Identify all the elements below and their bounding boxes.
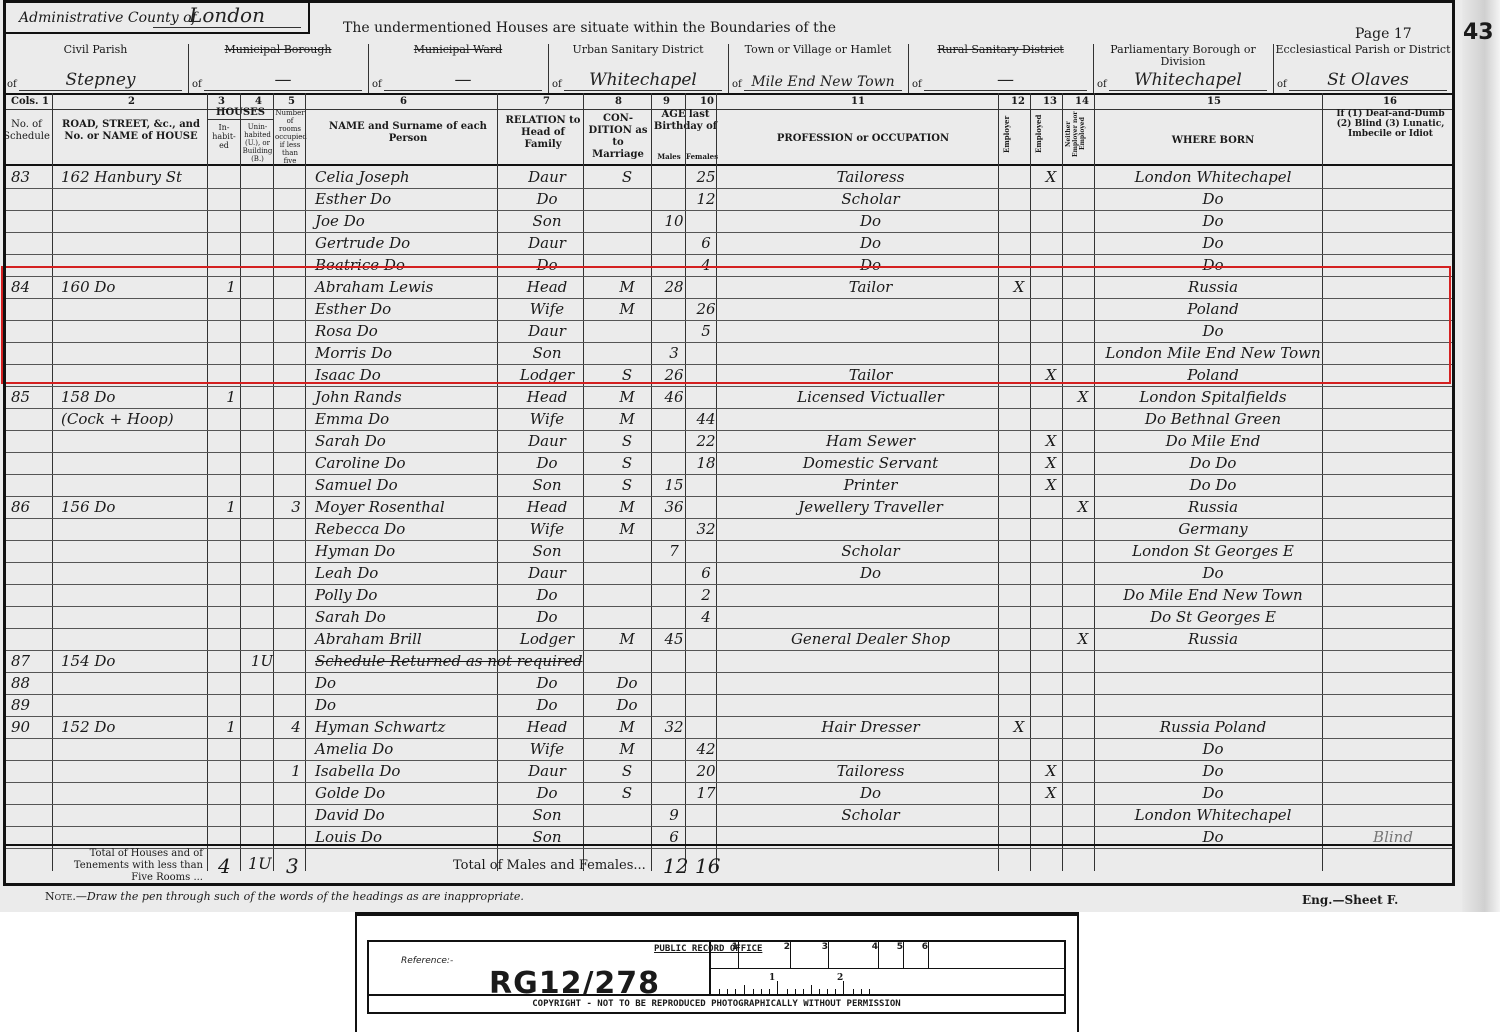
- cell-name: Sarah Do: [315, 432, 500, 450]
- table-row: 87154 Do1USchedule Returned as not requi…: [3, 650, 1455, 673]
- cm-mark: 1: [711, 942, 739, 968]
- intro-text: The undermentioned Houses are situate wi…: [343, 20, 836, 36]
- table-row: Joe DoSon10DoDo: [3, 210, 1455, 233]
- cell-rel: Do: [508, 586, 586, 604]
- cell-f: 44: [693, 410, 719, 428]
- cell-name: Golde Do: [315, 784, 500, 802]
- cell-born: Do Bethnal Green: [1103, 410, 1323, 428]
- area-label: Rural Sanitary District: [908, 44, 1093, 56]
- cell-f: 22: [693, 432, 719, 450]
- cell-m: 45: [660, 630, 688, 648]
- admin-county-box: Administrative County of London: [3, 0, 310, 34]
- cell-cond: M: [601, 740, 653, 758]
- cell-nei: X: [1072, 388, 1094, 406]
- header-condition: CON-DITION as to Marriage: [588, 113, 648, 161]
- total-females: 16: [695, 854, 720, 878]
- table-row: 90152 Do14Hyman SchwartzHeadM32Hair Dres…: [3, 716, 1455, 739]
- col-num: Cols. 1: [11, 96, 49, 107]
- cell-rel: Wife: [508, 740, 586, 758]
- cell-born: Russia Poland: [1103, 718, 1323, 736]
- cm-mark: 3: [790, 942, 829, 968]
- cell-rel: Lodger: [508, 630, 586, 648]
- cell-rel: Head: [508, 718, 586, 736]
- cell-inh: 1: [221, 388, 241, 406]
- cell-name: Rebecca Do: [315, 520, 500, 538]
- table-row: Esther DoDo12ScholarDo: [3, 188, 1455, 211]
- header-relation: RELATION to Head of Family: [503, 115, 583, 151]
- cell-f: 17: [693, 784, 719, 802]
- area-value: Whitechapel: [1109, 70, 1267, 91]
- cell-born: Do: [1103, 190, 1323, 208]
- cell-addr: 152 Do: [61, 718, 211, 736]
- page-edge: [1462, 0, 1500, 912]
- cell-born: Do Mile End New Town: [1103, 586, 1323, 604]
- cell-inh: 1: [221, 718, 241, 736]
- cell-empd: X: [1040, 476, 1062, 494]
- of-prefix: of: [1097, 79, 1107, 90]
- cm-mark: 2: [738, 942, 791, 968]
- col-num: 15: [1207, 96, 1221, 107]
- totals-houses-label: Total of Houses and of Tenements with le…: [63, 848, 203, 884]
- table-row: Sarah DoDo4Do St Georges E: [3, 606, 1455, 629]
- table-row: Polly DoDo2Do Mile End New Town: [3, 584, 1455, 607]
- cell-name: Schedule Returned as not required: [315, 652, 500, 670]
- cell-rel: Do: [508, 784, 586, 802]
- cell-born: Do: [1103, 212, 1323, 230]
- col-num: 2: [128, 96, 135, 107]
- cell-cond: S: [601, 762, 653, 780]
- header-occupation: PROFESSION or OCCUPATION: [723, 133, 1003, 145]
- cell-name: Sarah Do: [315, 608, 500, 626]
- cell-empd: X: [1040, 432, 1062, 450]
- table-row: Caroline DoDoS18Domestic ServantXDo Do: [3, 452, 1455, 475]
- table-row: 89DoDoDo: [3, 694, 1455, 717]
- cell-cond: M: [601, 630, 653, 648]
- cell-born: Russia: [1103, 498, 1323, 516]
- header-uninhabited: Unin-habited (U.), or Building (B.): [241, 123, 274, 163]
- copyright-notice: COPYRIGHT - NOT TO BE REPRODUCED PHOTOGR…: [369, 994, 1064, 1012]
- header-infirmity: If (1) Deaf-and-Dumb (2) Blind (3) Lunat…: [1328, 109, 1453, 139]
- cell-addr: (Cock + Hoop): [61, 410, 211, 428]
- total-rooms: 3: [286, 854, 299, 878]
- cell-m: 10: [660, 212, 688, 230]
- header-females: Females: [686, 151, 718, 163]
- area-value: Stepney: [19, 70, 182, 91]
- of-prefix: of: [1277, 79, 1287, 90]
- cell-occ: Ham Sewer: [743, 432, 998, 450]
- cell-rel: Son: [508, 212, 586, 230]
- cell-name: John Rands: [315, 388, 500, 406]
- header-inhabited: In-habit-ed: [208, 123, 240, 150]
- area-civil-parish: Civil Parish of Stepney: [3, 44, 189, 94]
- totals-mf-label: Total of Males and Females...: [453, 858, 646, 873]
- cell-occ: Licensed Victualler: [743, 388, 998, 406]
- cell-name: Do: [315, 674, 500, 692]
- area-label: Town or Village or Hamlet: [728, 44, 908, 56]
- cell-rooms: 4: [286, 718, 306, 736]
- cm-mark: 4: [828, 942, 879, 968]
- cell-occ: Scholar: [743, 542, 998, 560]
- area-label: Municipal Borough: [188, 44, 368, 56]
- header-employed: Employed: [1033, 109, 1063, 159]
- cell-name: Caroline Do: [315, 454, 500, 472]
- cell-rel: Daur: [508, 168, 586, 186]
- area-municipal-borough: Municipal Borough of —: [188, 44, 369, 94]
- column-headers: No. of Schedule ROAD, STREET, &c., and N…: [3, 107, 1455, 166]
- cell-occ: Printer: [743, 476, 998, 494]
- area-value: —: [384, 70, 542, 91]
- cell-occ: Do: [743, 784, 998, 802]
- cell-born: London Spitalfields: [1103, 388, 1323, 406]
- reference-card: PUBLIC RECORD OFFICE Reference:- RG12/27…: [355, 912, 1079, 1032]
- header-employer: Employer: [1001, 109, 1031, 159]
- cell-rel: Daur: [508, 762, 586, 780]
- cell-sched: 88: [11, 674, 51, 692]
- cell-cond: S: [601, 432, 653, 450]
- cm-mark: 5: [878, 942, 904, 968]
- cell-name: Celia Joseph: [315, 168, 500, 186]
- cell-occ: Do: [743, 234, 998, 252]
- cell-name: Emma Do: [315, 410, 500, 428]
- cell-empd: X: [1040, 762, 1062, 780]
- cell-f: 42: [693, 740, 719, 758]
- header-males: Males: [653, 151, 685, 163]
- cell-name: Samuel Do: [315, 476, 500, 494]
- col-num: 6: [400, 96, 407, 107]
- header-name: NAME and Surname of each Person: [318, 121, 498, 145]
- area-sanitary-district: Urban Sanitary District of Whitechapel: [548, 44, 729, 94]
- table-row: 85158 Do1John RandsHeadM46Licensed Victu…: [3, 386, 1455, 409]
- cell-m: 9: [660, 806, 688, 824]
- cell-cond: S: [601, 476, 653, 494]
- cell-sched: 86: [11, 498, 51, 516]
- total-males: 12: [663, 854, 688, 878]
- cell-rel: Son: [508, 476, 586, 494]
- cell-m: 36: [660, 498, 688, 516]
- total-uninhabited: 1U: [248, 854, 272, 873]
- area-value: —: [204, 70, 362, 91]
- col-num: 9: [663, 96, 670, 107]
- cell-born: Do: [1103, 234, 1323, 252]
- area-municipal-ward: Municipal Ward of —: [368, 44, 549, 94]
- cell-born: Do: [1103, 564, 1323, 582]
- cell-cond: M: [601, 498, 653, 516]
- cell-occ: General Dealer Shop: [743, 630, 998, 648]
- cell-rel: Do: [508, 674, 586, 692]
- of-prefix: of: [552, 79, 562, 90]
- cell-name: Esther Do: [315, 190, 500, 208]
- cell-m: 15: [660, 476, 688, 494]
- sheet-label: Eng.—Sheet F.: [1302, 893, 1398, 907]
- cell-rel: Do: [508, 608, 586, 626]
- cell-occ: Hair Dresser: [743, 718, 998, 736]
- col-num: 12: [1011, 96, 1025, 107]
- cell-rel: Daur: [508, 564, 586, 582]
- header-schedule: No. of Schedule: [3, 119, 50, 143]
- cell-rel: Head: [508, 498, 586, 516]
- total-inhabited: 4: [218, 854, 231, 878]
- reference-card-inner: PUBLIC RECORD OFFICE Reference:- RG12/27…: [367, 940, 1066, 1014]
- cell-cond: M: [601, 718, 653, 736]
- cell-cond: M: [601, 410, 653, 428]
- area-rural-sanitary-district: Rural Sanitary District of —: [908, 44, 1094, 94]
- cell-occ: Domestic Servant: [743, 454, 998, 472]
- cell-name: Leah Do: [315, 564, 500, 582]
- of-prefix: of: [732, 79, 742, 90]
- cell-f: 12: [693, 190, 719, 208]
- table-row: Rebecca DoWifeM32Germany: [3, 518, 1455, 541]
- cell-nei: X: [1072, 498, 1094, 516]
- area-parliamentary-borough: Parliamentary Borough or Division of Whi…: [1093, 44, 1274, 94]
- header-neither: Neither Employer nor Employed: [1065, 109, 1095, 159]
- admin-county-value: London: [153, 3, 301, 28]
- cell-cond: M: [601, 388, 653, 406]
- area-value: Whitechapel: [564, 70, 722, 91]
- table-row: Leah DoDaur6DoDo: [3, 562, 1455, 585]
- cell-cond: Do: [601, 696, 653, 714]
- cell-name: Do: [315, 696, 500, 714]
- area-label: Urban Sanitary District: [548, 44, 728, 56]
- inch-scale: 1 2: [711, 968, 1066, 995]
- cell-sched: 89: [11, 696, 51, 714]
- cell-name: Gertrude Do: [315, 234, 500, 252]
- cell-f: 2: [693, 586, 719, 604]
- col-num: 7: [543, 96, 550, 107]
- totals-row: Total of Houses and of Tenements with le…: [3, 844, 1455, 888]
- cell-addr: 156 Do: [61, 498, 211, 516]
- cell-cond: M: [601, 520, 653, 538]
- cell-rel: Do: [508, 190, 586, 208]
- area-ecclesiastical-parish: Ecclesiastical Parish or District of St …: [1273, 44, 1455, 94]
- area-label: Parliamentary Borough or Division: [1093, 44, 1273, 68]
- cell-occ: Scholar: [743, 190, 998, 208]
- cell-rel: Daur: [508, 234, 586, 252]
- col-num: 5: [288, 96, 295, 107]
- table-row: Gertrude DoDaur6DoDo: [3, 232, 1455, 255]
- cell-f: 18: [693, 454, 719, 472]
- footnote: Note.—Draw the pen through such of the w…: [45, 890, 524, 903]
- cell-born: Do: [1103, 762, 1323, 780]
- cell-rel: Wife: [508, 520, 586, 538]
- area-town-village-hamlet: Town or Village or Hamlet of Mile End Ne…: [728, 44, 909, 94]
- table-row: 83162 Hanbury StCelia JosephDaurS25Tailo…: [3, 166, 1455, 189]
- reference-label: Reference:-: [401, 956, 453, 966]
- cell-name: Hyman Do: [315, 542, 500, 560]
- header-rooms: Number of rooms occupied if less than fi…: [275, 109, 305, 165]
- cell-sched: 90: [11, 718, 51, 736]
- cell-m: 46: [660, 388, 688, 406]
- col-num: 4: [255, 96, 262, 107]
- col-num: 8: [615, 96, 622, 107]
- cell-f: 4: [693, 608, 719, 626]
- cell-nei: X: [1072, 630, 1094, 648]
- highlight-box-household-84: [1, 266, 1451, 384]
- cell-name: Isabella Do: [315, 762, 500, 780]
- cell-empd: X: [1040, 784, 1062, 802]
- cell-m: 32: [660, 718, 688, 736]
- cell-born: Do Mile End: [1103, 432, 1323, 450]
- note-text: —Draw the pen through such of the words …: [76, 890, 524, 903]
- table-row: Hyman DoSon7ScholarLondon St Georges E: [3, 540, 1455, 563]
- area-value: Mile End New Town: [744, 74, 902, 91]
- area-label: Municipal Ward: [368, 44, 548, 56]
- cell-name: Joe Do: [315, 212, 500, 230]
- census-page: Administrative County of London The unde…: [0, 0, 1500, 912]
- header-where-born: WHERE BORN: [1103, 135, 1323, 147]
- of-prefix: of: [912, 79, 922, 90]
- table-row: David DoSon9ScholarLondon Whitechapel: [3, 804, 1455, 827]
- cell-name: David Do: [315, 806, 500, 824]
- cell-rel: Head: [508, 388, 586, 406]
- page-number: Page 17: [1355, 26, 1412, 42]
- cell-occ: Do: [743, 564, 998, 582]
- cell-inh: 1: [221, 498, 241, 516]
- of-prefix: of: [7, 79, 17, 90]
- cell-rel: Wife: [508, 410, 586, 428]
- col-num: 14: [1075, 96, 1089, 107]
- cell-born: London St Georges E: [1103, 542, 1323, 560]
- cell-sched: 85: [11, 388, 51, 406]
- cell-rel: Daur: [508, 432, 586, 450]
- header-address: ROAD, STREET, &c., and No. or NAME of HO…: [55, 119, 207, 143]
- cm-mark: 6: [903, 942, 929, 968]
- cell-rel: Do: [508, 696, 586, 714]
- cell-addr: 154 Do: [61, 652, 211, 670]
- table-row: (Cock + Hoop)Emma DoWifeM44Do Bethnal Gr…: [3, 408, 1455, 431]
- cell-occ: Tailoress: [743, 762, 998, 780]
- cell-f: 20: [693, 762, 719, 780]
- cell-name: Amelia Do: [315, 740, 500, 758]
- cell-born: Germany: [1103, 520, 1323, 538]
- col-num: 13: [1043, 96, 1057, 107]
- cell-rooms: 1: [286, 762, 306, 780]
- table-row: Amelia DoWifeM42Do: [3, 738, 1455, 761]
- cell-rel: Son: [508, 806, 586, 824]
- cell-name: Abraham Brill: [315, 630, 500, 648]
- cell-born: London Whitechapel: [1103, 168, 1323, 186]
- cell-f: 6: [693, 564, 719, 582]
- cell-name: Moyer Rosenthal: [315, 498, 500, 516]
- table-row: 86156 Do13Moyer RosenthalHeadM36Jeweller…: [3, 496, 1455, 519]
- col-num: 10: [700, 96, 714, 107]
- cell-born: Do Do: [1103, 476, 1323, 494]
- col-num: 11: [851, 96, 865, 107]
- cell-name: Polly Do: [315, 586, 500, 604]
- cell-born: Russia: [1103, 630, 1323, 648]
- note-prefix: Note.: [45, 890, 76, 903]
- table-row: Golde DoDoS17DoXDo: [3, 782, 1455, 805]
- cell-rel: Do: [508, 454, 586, 472]
- cell-cond: S: [601, 454, 653, 472]
- table-row: Sarah DoDaurS22Ham SewerXDo Mile End: [3, 430, 1455, 453]
- table-row: Abraham BrillLodgerM45General Dealer Sho…: [3, 628, 1455, 651]
- cell-born: Do St Georges E: [1103, 608, 1323, 626]
- cell-born: London Whitechapel: [1103, 806, 1323, 824]
- cell-f: 25: [693, 168, 719, 186]
- cell-sched: 83: [11, 168, 51, 186]
- cell-rel: Son: [508, 542, 586, 560]
- table-row: Samuel DoSonS15PrinterXDo Do: [3, 474, 1455, 497]
- cell-cond: S: [601, 168, 653, 186]
- cell-born: Do: [1103, 740, 1323, 758]
- cell-occ: Jewellery Traveller: [743, 498, 998, 516]
- col-num: 3: [218, 96, 225, 107]
- table-row: 1Isabella DoDaurS20TailoressXDo: [3, 760, 1455, 783]
- cell-m: 7: [660, 542, 688, 560]
- table-row: 88DoDoDo: [3, 672, 1455, 695]
- cell-name: Hyman Schwartz: [315, 718, 500, 736]
- cell-empd: X: [1040, 168, 1062, 186]
- cell-f: 32: [693, 520, 719, 538]
- cell-occ: Do: [743, 212, 998, 230]
- area-label: Ecclesiastical Parish or District: [1273, 44, 1453, 56]
- inch-mark: 1: [769, 973, 775, 983]
- cell-uninh: 1U: [249, 652, 275, 670]
- cell-rooms: 3: [286, 498, 306, 516]
- cell-sched: 87: [11, 652, 51, 670]
- cell-occ: Scholar: [743, 806, 998, 824]
- cell-empd: X: [1040, 454, 1062, 472]
- cell-occ: Tailoress: [743, 168, 998, 186]
- cell-f: 6: [693, 234, 719, 252]
- cell-addr: 162 Hanbury St: [61, 168, 211, 186]
- cell-cond: Do: [601, 674, 653, 692]
- cell-born: Do Do: [1103, 454, 1323, 472]
- cell-cond: S: [601, 784, 653, 802]
- area-label: Civil Parish: [3, 44, 188, 56]
- cell-addr: 158 Do: [61, 388, 211, 406]
- measurement-scale: 1 2 3 4 5 6 1 2: [709, 942, 1066, 994]
- folio-number: 43: [1463, 20, 1494, 45]
- of-prefix: of: [372, 79, 382, 90]
- of-prefix: of: [192, 79, 202, 90]
- area-value: St Olaves: [1289, 70, 1447, 91]
- area-value: —: [924, 70, 1087, 91]
- col-num: 16: [1383, 96, 1397, 107]
- cell-born: Do: [1103, 784, 1323, 802]
- cell-emp: X: [1008, 718, 1030, 736]
